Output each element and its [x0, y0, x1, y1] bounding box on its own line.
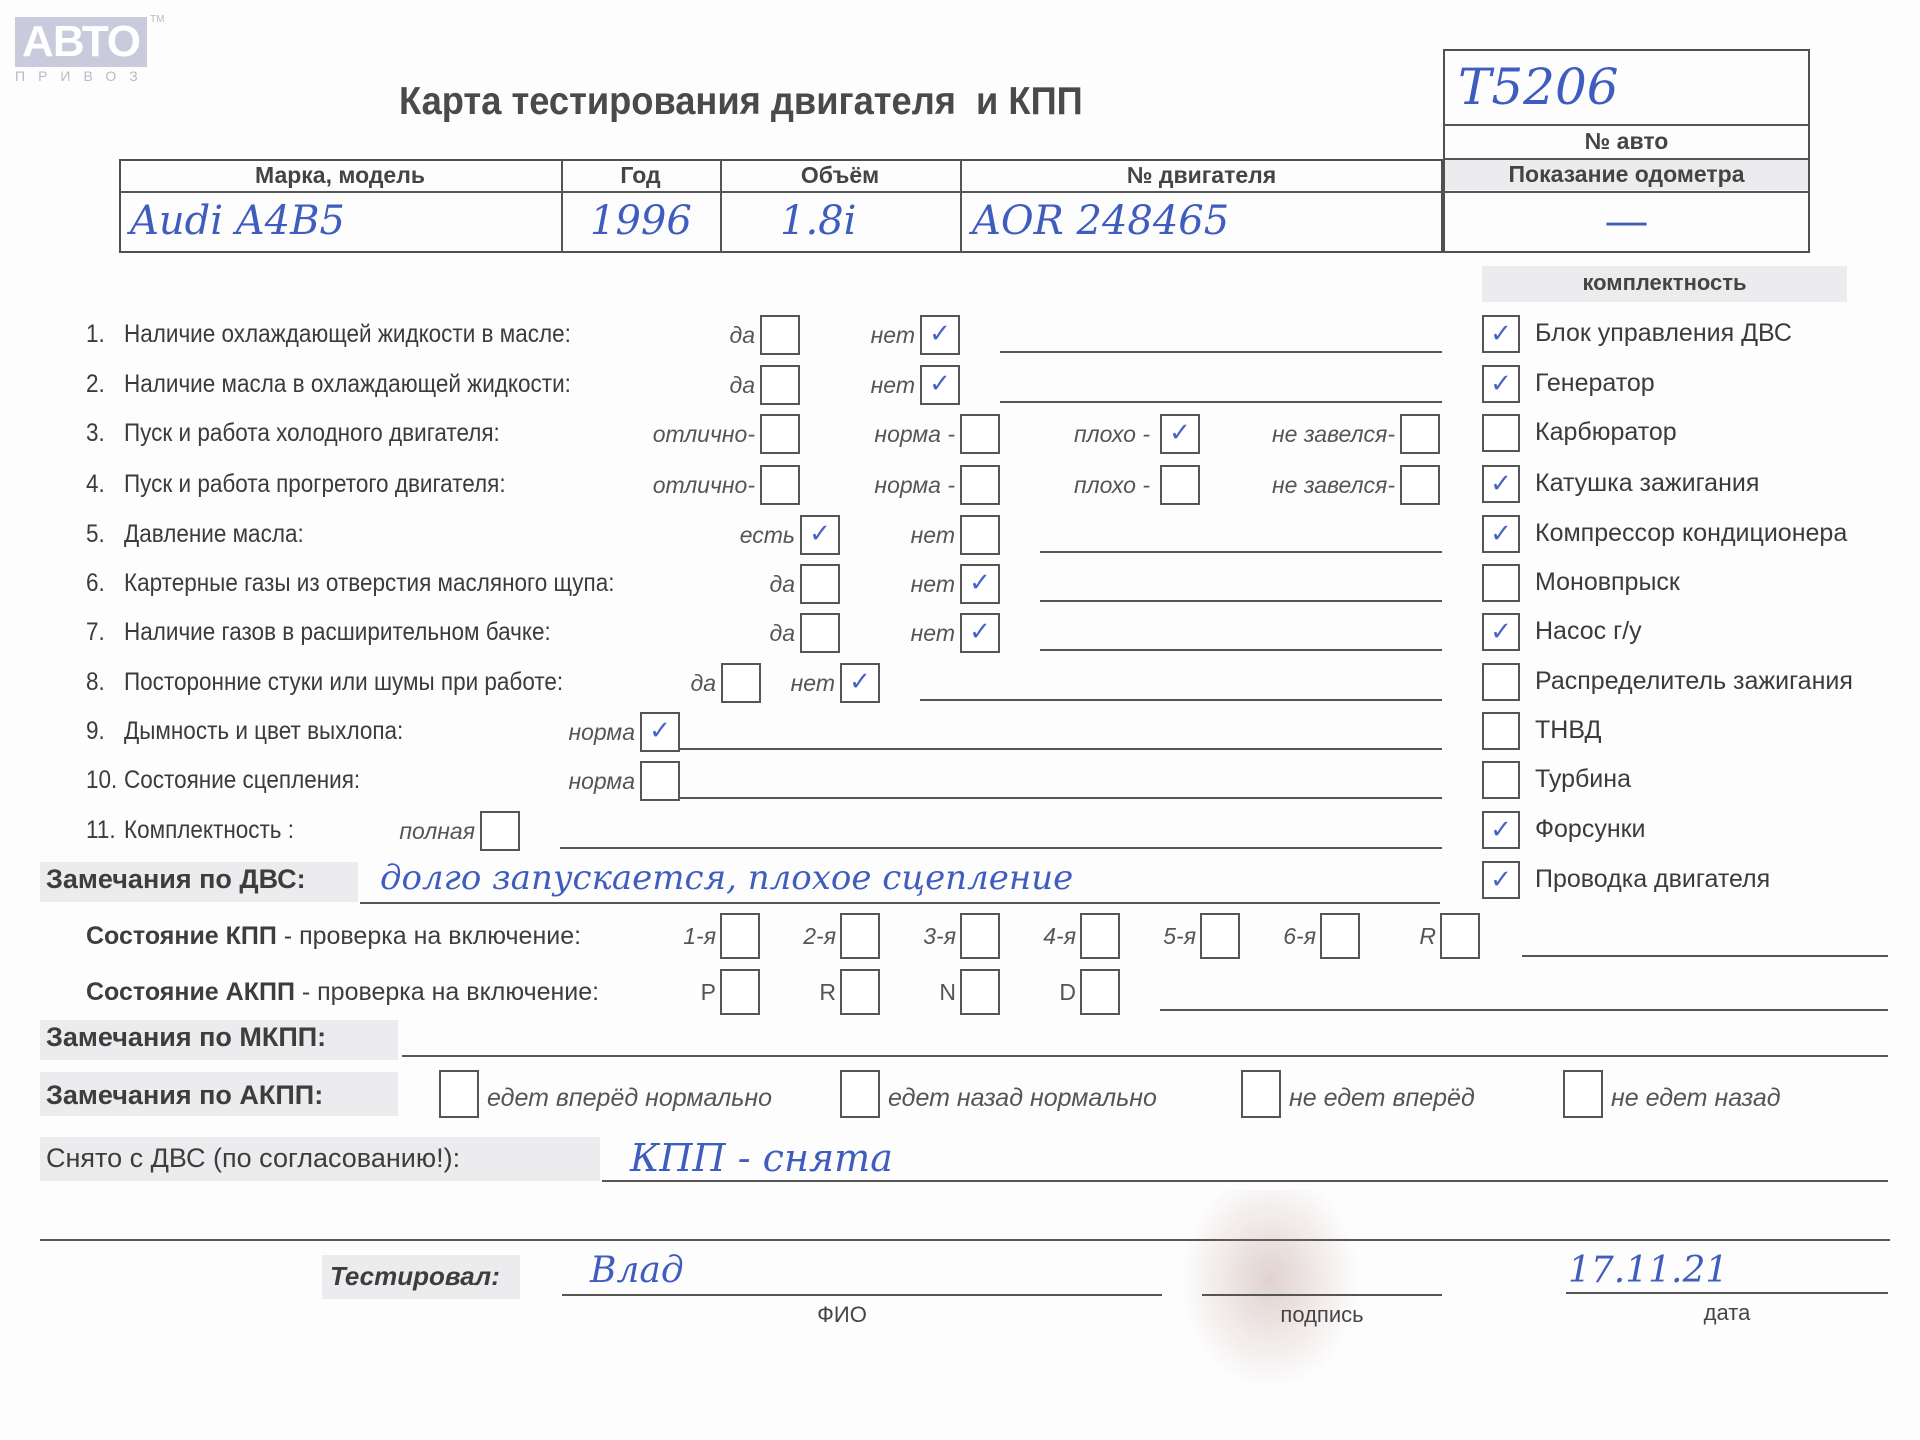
kit-item-label: Катушка зажигания [1535, 469, 1759, 498]
kit-item-label: Форсунки [1535, 815, 1646, 844]
kit-checkbox[interactable]: ✓ [1482, 315, 1520, 353]
question-number: 11. [86, 816, 116, 845]
option-label: норма - [795, 472, 955, 499]
column-header-make-model: Марка, модель [119, 162, 561, 189]
option-label: отлично- [595, 421, 755, 448]
option-label: полная [315, 818, 475, 845]
auto-gearbox-label-rest: - проверка на включение: [295, 978, 599, 1006]
question-number: 8. [86, 668, 105, 697]
question-number: 10. [86, 766, 117, 795]
option-checkbox[interactable] [640, 761, 680, 801]
option-label: норма - [795, 421, 955, 448]
manual-gearbox-notes-line [1522, 955, 1888, 957]
question-text: Посторонние стуки или шумы при работе: [124, 668, 563, 697]
name-caption: ФИО [562, 1302, 1122, 1328]
option-checkbox[interactable] [1400, 414, 1440, 454]
kit-checkbox[interactable] [1482, 414, 1520, 452]
question-number: 6. [86, 569, 105, 598]
question-number: 3. [86, 419, 105, 448]
auto-gearbox-notes-line [1160, 1009, 1888, 1011]
kit-item-label: Насос г/у [1535, 617, 1642, 646]
car-number-label: № авто [1443, 128, 1810, 155]
option-label: нет [755, 322, 915, 349]
option-label: отлично- [595, 472, 755, 499]
date-caption: дата [1566, 1300, 1888, 1326]
removed-label: Снято с ДВС (по согласованию!): [46, 1143, 460, 1174]
gear-checkbox[interactable] [960, 969, 1000, 1015]
gear-label: 3-я [880, 923, 956, 950]
car-number-value[interactable]: T5206 [1458, 58, 1619, 116]
divider [1443, 191, 1810, 193]
option-label: да [595, 372, 755, 399]
date-line [1566, 1292, 1888, 1294]
question-text: Картерные газы из отверстия масляного щу… [124, 569, 614, 598]
kit-checkbox[interactable]: ✓ [1482, 613, 1520, 651]
engine-remarks-label: Замечания по ДВС: [46, 864, 306, 895]
option-label: не завелся- [1235, 421, 1395, 448]
gear-label: N [880, 979, 956, 1006]
kit-item-label: Блок управления ДВС [1535, 319, 1792, 348]
akpp-remark-checkbox[interactable] [840, 1070, 880, 1118]
manual-gearbox-label: Состояние КПП - проверка на включение: [86, 922, 581, 951]
gear-label: P [640, 979, 716, 1006]
notes-line [1000, 401, 1442, 403]
option-checkbox[interactable]: ✓ [960, 564, 1000, 604]
question-text: Давление масла: [124, 520, 304, 549]
gear-label: R [1360, 923, 1436, 950]
kit-item-label: Моновпрыск [1535, 568, 1680, 597]
gear-checkbox[interactable] [1440, 913, 1480, 959]
option-label: нет [755, 372, 915, 399]
trademark-mark: TM [150, 14, 164, 25]
column-header-engine-number: № двигателя [960, 162, 1443, 189]
kit-item-label: Турбина [1535, 765, 1631, 794]
option-label: да [635, 620, 795, 647]
option-checkbox[interactable] [960, 515, 1000, 555]
kit-checkbox[interactable] [1482, 761, 1520, 799]
engine-remarks-line [360, 902, 1440, 904]
option-checkbox[interactable] [1160, 465, 1200, 505]
kit-checkbox[interactable]: ✓ [1482, 465, 1520, 503]
kit-checkbox[interactable] [1482, 663, 1520, 701]
name-line [562, 1294, 1162, 1296]
notes-line [1040, 600, 1442, 602]
akpp-remark-label: едет назад нормально [888, 1084, 1157, 1113]
odometer-label: Показание одометра [1443, 161, 1810, 188]
kit-item-label: Компрессор кондиционера [1535, 519, 1847, 548]
question-number: 9. [86, 717, 105, 746]
question-number: 1. [86, 320, 105, 349]
akpp-remark-label: едет вперёд нормально [487, 1084, 772, 1113]
gear-checkbox[interactable] [720, 969, 760, 1015]
gear-label: R [760, 979, 836, 1006]
gear-checkbox[interactable] [960, 913, 1000, 959]
option-label: да [595, 322, 755, 349]
removed-line [602, 1180, 1888, 1182]
option-label: нет [795, 620, 955, 647]
volume-value[interactable]: 1.8i [780, 198, 856, 244]
option-checkbox[interactable]: ✓ [960, 613, 1000, 653]
kit-checkbox[interactable]: ✓ [1482, 515, 1520, 553]
gear-checkbox[interactable] [1080, 913, 1120, 959]
gear-label: 5-я [1120, 923, 1196, 950]
notes-line [1040, 551, 1442, 553]
option-checkbox[interactable]: ✓ [920, 315, 960, 355]
divider [119, 191, 1443, 193]
option-label: нет [675, 670, 835, 697]
question-text: Наличие масла в охлаждающей жидкости: [124, 370, 571, 399]
mkpp-remarks-label: Замечания по МКПП: [46, 1022, 326, 1053]
question-number: 7. [86, 618, 105, 647]
question-text: Состояние сцепления: [124, 766, 360, 795]
option-checkbox[interactable]: ✓ [640, 712, 680, 752]
date-value[interactable]: 17.11.21 [1568, 1250, 1728, 1291]
mkpp-remarks-line [402, 1055, 1888, 1057]
option-label: норма [475, 719, 635, 746]
question-number: 5. [86, 520, 105, 549]
engine-number-value[interactable]: AOR 248465 [972, 198, 1229, 244]
kit-item-label: Проводка двигателя [1535, 865, 1770, 894]
question-number: 2. [86, 370, 105, 399]
option-checkbox[interactable] [760, 465, 800, 505]
option-checkbox[interactable] [760, 414, 800, 454]
column-header-volume: Объём [720, 162, 960, 189]
option-label: да [635, 571, 795, 598]
option-checkbox[interactable] [480, 811, 520, 851]
akpp-remarks-label: Замечания по АКПП: [46, 1080, 323, 1111]
gear-checkbox[interactable] [1200, 913, 1240, 959]
auto-gearbox-label-bold: Состояние АКПП [86, 978, 295, 1006]
tested-by-label: Тестировал: [330, 1261, 500, 1292]
manual-gearbox-label-bold: Состояние КПП [86, 922, 277, 950]
option-label: не завелся- [1235, 472, 1395, 499]
akpp-remark-checkbox[interactable] [1563, 1070, 1603, 1118]
notes-line [920, 699, 1442, 701]
option-checkbox[interactable]: ✓ [920, 365, 960, 405]
signature-line [1202, 1294, 1442, 1296]
notes-line [1000, 351, 1442, 353]
tester-name-value[interactable]: Влад [590, 1250, 684, 1291]
gear-label: 2-я [760, 923, 836, 950]
manual-gearbox-label-rest: - проверка на включение: [277, 922, 581, 950]
kit-checkbox[interactable]: ✓ [1482, 861, 1520, 899]
gear-label: 4-я [1000, 923, 1076, 950]
akpp-remark-label: не едет вперёд [1289, 1084, 1475, 1113]
brand-logo-subtitle: ПРИВОЗ [15, 68, 151, 84]
kit-item-label: Генератор [1535, 369, 1655, 398]
option-label: нет [795, 571, 955, 598]
akpp-remark-checkbox[interactable] [1241, 1070, 1281, 1118]
option-checkbox[interactable] [1400, 465, 1440, 505]
question-text: Пуск и работа холодного двигателя: [124, 419, 500, 448]
kit-checkbox[interactable]: ✓ [1482, 365, 1520, 403]
option-label: нет [795, 522, 955, 549]
option-checkbox[interactable]: ✓ [1160, 414, 1200, 454]
question-text: Дымность и цвет выхлопа: [124, 717, 403, 746]
option-label: есть [635, 522, 795, 549]
option-label: плохо - [990, 472, 1150, 499]
notes-line [680, 797, 1442, 799]
auto-gearbox-label: Состояние АКПП - проверка на включение: [86, 978, 599, 1007]
gear-checkbox[interactable] [1320, 913, 1360, 959]
notes-line [1040, 649, 1442, 651]
notes-line [560, 847, 1442, 849]
signature-caption: подпись [1202, 1302, 1442, 1328]
page-title: Карта тестирования двигателя и КПП [399, 80, 1083, 124]
akpp-remark-checkbox[interactable] [439, 1070, 479, 1118]
stain [1180, 1190, 1360, 1390]
divider [1443, 124, 1810, 126]
make-model-value[interactable]: Audi A4B5 [130, 198, 345, 244]
gear-label: 6-я [1240, 923, 1316, 950]
column-header-year: Год [561, 162, 720, 189]
kit-title: комплектность [1482, 270, 1847, 296]
brand-logo: АВТО [15, 17, 147, 67]
kit-item-label: Распределитель зажигания [1535, 667, 1853, 696]
kit-item-label: ТНВД [1535, 716, 1601, 745]
section-divider [40, 1239, 1890, 1241]
engine-remarks-value[interactable]: долго запускается, плохое сцепление [380, 858, 1073, 898]
gear-checkbox[interactable] [720, 913, 760, 959]
akpp-remark-label: не едет назад [1611, 1084, 1781, 1113]
option-checkbox[interactable]: ✓ [840, 663, 880, 703]
gear-checkbox[interactable] [1080, 969, 1120, 1015]
kit-checkbox[interactable]: ✓ [1482, 811, 1520, 849]
odometer-value[interactable]: — [1443, 196, 1810, 247]
question-number: 4. [86, 470, 105, 499]
option-label: плохо - [990, 421, 1150, 448]
gear-checkbox[interactable] [840, 969, 880, 1015]
gear-label: D [1000, 979, 1076, 1006]
kit-checkbox[interactable] [1482, 564, 1520, 602]
question-text: Пуск и работа прогретого двигателя: [124, 470, 506, 499]
gear-label: 1-я [640, 923, 716, 950]
kit-checkbox[interactable] [1482, 712, 1520, 750]
year-value[interactable]: 1996 [590, 198, 692, 244]
question-text: Наличие газов в расширительном бачке: [124, 618, 551, 647]
option-label: норма [475, 768, 635, 795]
removed-value[interactable]: КПП - снята [630, 1136, 893, 1180]
gear-checkbox[interactable] [840, 913, 880, 959]
question-text: Наличие охлаждающей жидкости в масле: [124, 320, 571, 349]
kit-item-label: Карбюратор [1535, 418, 1677, 447]
notes-line [680, 748, 1442, 750]
question-text: Комплектность : [124, 816, 294, 845]
